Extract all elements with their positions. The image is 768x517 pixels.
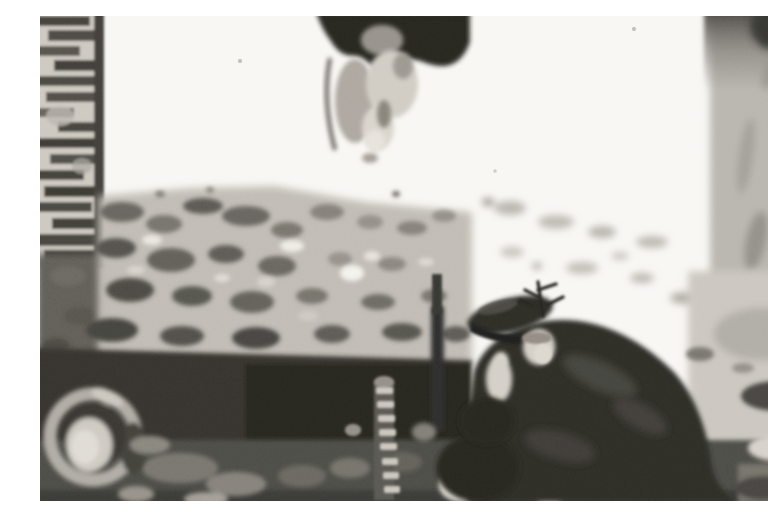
photograph <box>40 16 768 501</box>
film-grain-overlay <box>40 16 768 501</box>
